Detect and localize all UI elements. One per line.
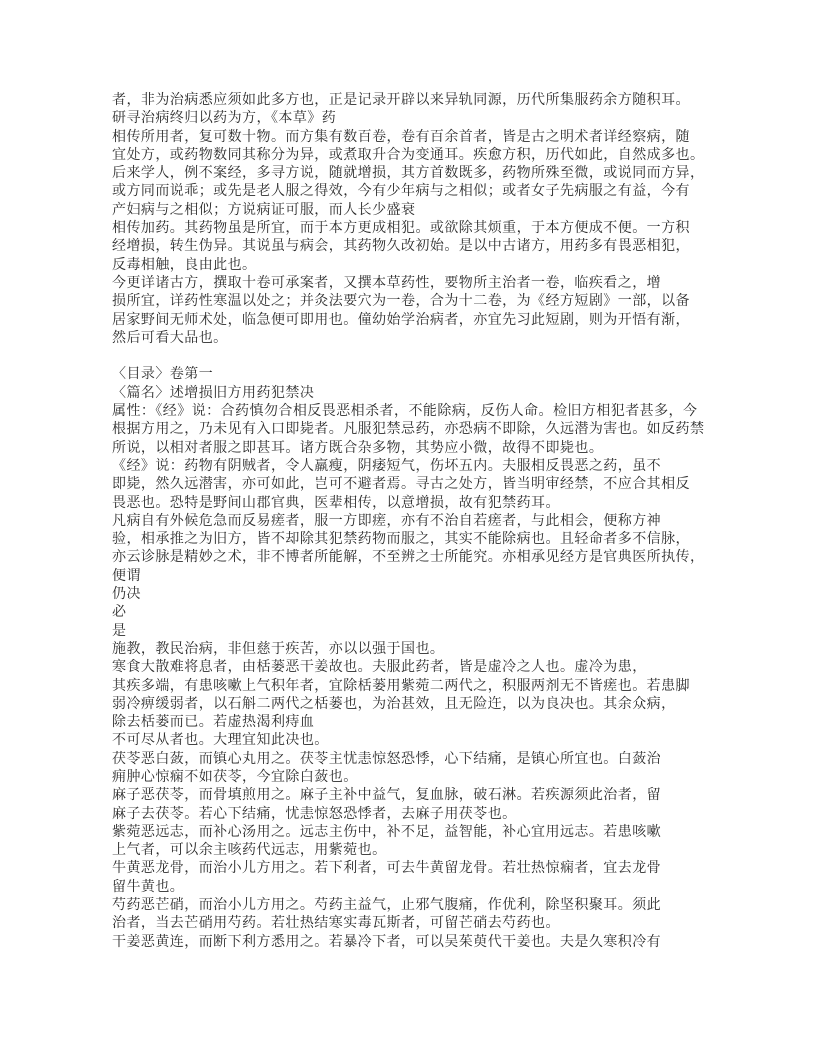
- text-line: 麻子恶茯苓，而骨填煎用之。麻子主补中益气，复血脉，破石淋。若疾源须此治者，留: [112, 787, 712, 805]
- text-line: 芍药恶芒硝，而治小儿方用之。芍药主益气，止邪气腹痛，作优利，除坚积聚耳。须此: [112, 897, 712, 915]
- text-line: 施教，教民治病，非但慈于疾苦，亦以以强于国也。: [112, 641, 712, 659]
- text-line: 或方同而说乖；或先是老人服之得效，今有少年病与之相似；或者女子先病服之有益，今有: [112, 183, 712, 201]
- text-line: 紫菀恶远志，而补心汤用之。远志主伤中，补不足，益智能，补心宜用远志。若患咳嗽: [112, 824, 712, 842]
- text-line: 凡病自有外候危急而反易瘥者，服一方即瘥，亦有不治自若瘥者，与此相会，便称方神: [112, 513, 712, 531]
- text-line: 即毙，然久远潜害，亦可如此，岂可不避者焉。寻古之处方，皆当明审经禁，不应合其相反: [112, 476, 712, 494]
- text-line: 者，非为治病悉应须如此多方也，正是记录开辟以来异轨同源，历代所集服药余方随积耳。: [112, 92, 712, 110]
- text-line: 相传所用者，复可数十物。而方集有数百卷，卷有百余首者，皆是古之明术者详经察病，随: [112, 129, 712, 147]
- text-line: 验，相承推之为旧方，皆不却除其犯禁药物而服之，其实不能除病也。且轻命者多不信脉，: [112, 531, 712, 549]
- text-line: 反毒相触，良由此也。: [112, 257, 712, 275]
- text-line: 干姜恶黄连，而断下利方悉用之。若暴冷下者，可以吴茱萸代干姜也。夫是久寒积冷有: [112, 934, 712, 952]
- text-line: 留牛黄也。: [112, 879, 712, 897]
- text-line: 麻子去茯苓。若心下结痛，忧恚惊怒恐悸者，去麻子用茯苓也。: [112, 806, 712, 824]
- text-line: 〈篇名〉述增损旧方用药犯禁决: [112, 385, 712, 403]
- text-line: 茯苓恶白蔹，而镇心丸用之。茯苓主忧恚惊怒恐悸，心下结痛，是镇心所宜也。白蔹治: [112, 751, 712, 769]
- text-line: 根据方用之，乃未见有入口即毙者。凡服犯禁忌药，亦恐病不即除，久远潜为害也。如反药…: [112, 421, 712, 439]
- text-line: 后来学人，例不案经，多寻方说，随就增损，其方首数既多，药物所殊至微，或说同而方异…: [112, 165, 712, 183]
- text-line: 其疾多端，有患咳嗽上气积年者，宜除栝蒌用紫菀二两代之，积服两剂无不皆瘥也。若患脚: [112, 678, 712, 696]
- blank-line: [112, 348, 712, 366]
- text-line: 相传加药。其药物虽是所宜，而于本方更成相犯。或欲除其烦重，于本方便成不便。一方积: [112, 220, 712, 238]
- text-line: 上气者，可以余主咳药代远志，用紫菀也。: [112, 842, 712, 860]
- text-line: 治者，当去芒硝用芍药。若壮热结寒实毒瓦斯者，可留芒硝去芍药也。: [112, 915, 712, 933]
- text-line: 必: [112, 604, 712, 622]
- text-line: 畏恶也。恐特是野间山郡官典，医辈相传，以意增损，故有犯禁药耳。: [112, 495, 712, 513]
- text-line: 便谓: [112, 568, 712, 586]
- text-line: 亦云诊脉是精妙之术，非不博者所能解，不至辨之士所能究。亦相承见经方是官典医所执传…: [112, 549, 712, 567]
- document-text-body: 者，非为治病悉应须如此多方也，正是记录开辟以来异轨同源，历代所集服药余方随积耳。…: [112, 92, 712, 952]
- text-line: 牛黄恶龙骨，而治小儿方用之。若下利者，可去牛黄留龙骨。若壮热惊痫者，宜去龙骨: [112, 860, 712, 878]
- text-line: 《经》说：药物有阴贼者，令人羸瘦，阴痿短气，伤坏五内。夫服相反畏恶之药，虽不: [112, 458, 712, 476]
- text-line: 痈肿心惊痫不如茯苓，今宜除白蔹也。: [112, 769, 712, 787]
- text-line: 属性：《经》说：合药慎勿合相反畏恶相杀者，不能除病，反伤人命。检旧方相犯者甚多，…: [112, 403, 712, 421]
- document-page: 者，非为治病悉应须如此多方也，正是记录开辟以来异轨同源，历代所集服药余方随积耳。…: [0, 0, 816, 1056]
- text-line: 所说，以相对者服之即甚耳。诸方既合杂多物，其势应小微，故得不即毙也。: [112, 440, 712, 458]
- text-line: 〈目录〉卷第一: [112, 366, 712, 384]
- text-line: 宜处方，或药物数同其称分为异，或煮取升合为变通耳。疾愈方积，历代如此，自然成多也…: [112, 147, 712, 165]
- text-line: 不可尽从者也。大理宜知此决也。: [112, 732, 712, 750]
- text-line: 研寻治病终归以药为方，《本草》药: [112, 110, 712, 128]
- text-line: 产妇病与之相似；方说病证可服，而人长少盛衰: [112, 202, 712, 220]
- text-line: 除去栝蒌而已。若虚热渴利痔血: [112, 714, 712, 732]
- text-line: 弱冷痹缓弱者，以石斛二两代之栝蒌也，为治甚效，且无险迕，以为良决也。其余众病，: [112, 696, 712, 714]
- text-line: 今更详诸古方，撰取十卷可承案者，又撰本草药性，要物所主治者一卷，临疾看之，增: [112, 275, 712, 293]
- text-line: 是: [112, 623, 712, 641]
- text-line: 损所宜，详药性寒温以处之；并灸法要穴为一卷，合为十二卷，为《经方短剧》一部，以备: [112, 293, 712, 311]
- text-line: 居家野间无师术处，临急便可即用也。僮幼始学治病者，亦宜先习此短剧，则为开悟有渐，: [112, 312, 712, 330]
- text-line: 经增损，转生伪异。其说虽与病会，其药物久改初始。是以中古诸方，用药多有畏恶相犯，: [112, 238, 712, 256]
- text-line: 寒食大散难将息者，由栝蒌恶干姜故也。夫服此药者，皆是虚冷之人也。虚冷为患，: [112, 659, 712, 677]
- text-line: 然后可看大品也。: [112, 330, 712, 348]
- text-line: 仍决: [112, 586, 712, 604]
